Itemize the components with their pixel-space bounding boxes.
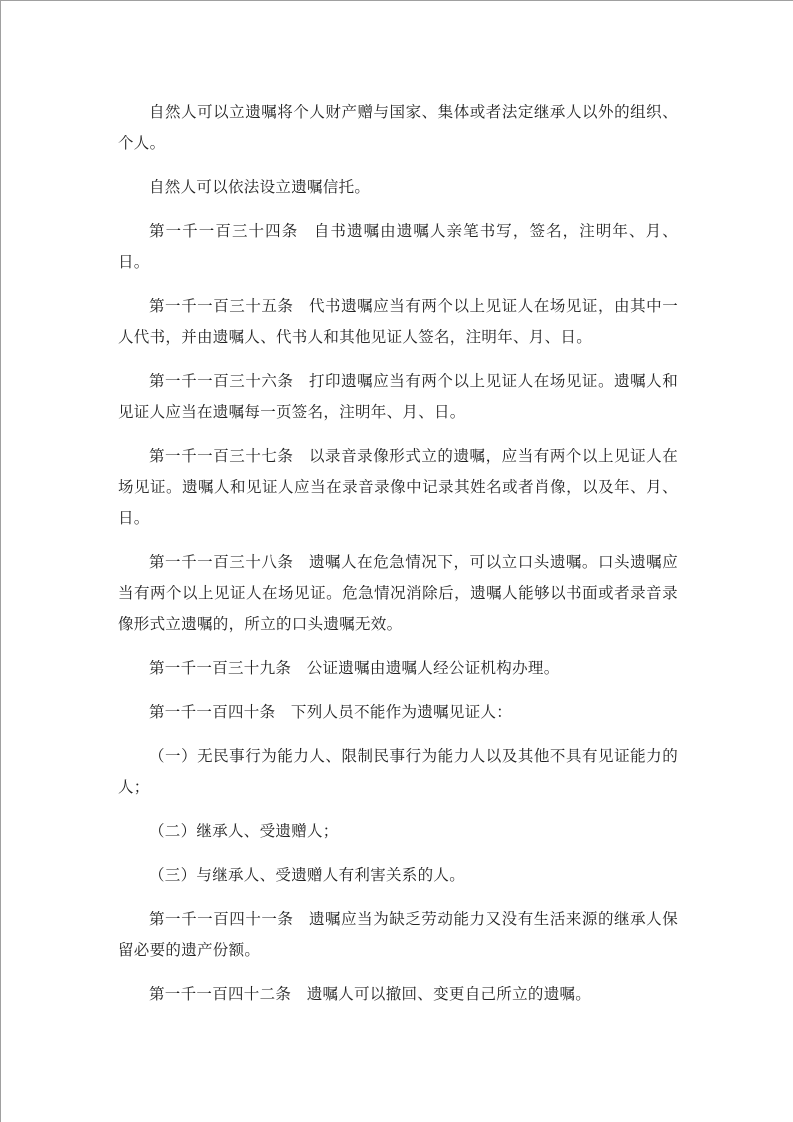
list-item-text: （三）与继承人、受遗赠人有利害关系的人。 xyxy=(149,866,465,884)
article-text: 下列人员不能作为遗嘱见证人： xyxy=(291,703,512,721)
article-number: 第一千一百三十八条 xyxy=(149,553,294,571)
paragraph: 自然人可以依法设立遗嘱信托。 xyxy=(118,172,678,203)
article-paragraph: 第一千一百三十八条遗嘱人在危急情况下，可以立口头遗嘱。口头遗嘱应当有两个以上见证… xyxy=(118,547,678,640)
list-item-text: （一）无民事行为能力人、限制民事行为能力人以及其他不具有见证能力的人； xyxy=(118,747,678,796)
article-text: 遗嘱人可以撤回、变更自己所立的遗嘱。 xyxy=(307,985,591,1003)
paragraph-text: 自然人可以依法设立遗嘱信托。 xyxy=(149,178,370,196)
article-paragraph: 第一千一百三十九条公证遗嘱由遗嘱人经公证机构办理。 xyxy=(118,653,678,684)
article-paragraph: 第一千一百四十二条遗嘱人可以撤回、变更自己所立的遗嘱。 xyxy=(118,979,678,1010)
list-item: （二）继承人、受遗赠人； xyxy=(118,816,678,847)
document-body: 自然人可以立遗嘱将个人财产赠与国家、集体或者法定继承人以外的组织、个人。 自然人… xyxy=(118,97,678,1010)
list-item: （三）与继承人、受遗赠人有利害关系的人。 xyxy=(118,860,678,891)
article-number: 第一千一百三十六条 xyxy=(149,372,294,390)
document-page: 自然人可以立遗嘱将个人财产赠与国家、集体或者法定继承人以外的组织、个人。 自然人… xyxy=(0,0,793,1122)
article-number: 第一千一百三十五条 xyxy=(149,297,294,315)
article-number: 第一千一百四十一条 xyxy=(149,910,294,928)
article-paragraph: 第一千一百三十四条自书遗嘱由遗嘱人亲笔书写，签名，注明年、月、日。 xyxy=(118,216,678,278)
article-number: 第一千一百三十九条 xyxy=(149,659,291,677)
paragraph-text: 自然人可以立遗嘱将个人财产赠与国家、集体或者法定继承人以外的组织、个人。 xyxy=(118,103,678,152)
article-text: 公证遗嘱由遗嘱人经公证机构办理。 xyxy=(307,659,560,677)
article-paragraph: 第一千一百四十一条遗嘱应当为缺乏劳动能力又没有生活来源的继承人保留必要的遗产份额… xyxy=(118,904,678,966)
article-number: 第一千一百四十二条 xyxy=(149,985,291,1003)
article-number: 第一千一百三十七条 xyxy=(149,447,294,465)
article-number: 第一千一百四十条 xyxy=(149,703,275,721)
article-paragraph: 第一千一百三十五条代书遗嘱应当有两个以上见证人在场见证，由其中一人代书，并由遗嘱… xyxy=(118,291,678,353)
article-paragraph: 第一千一百四十条下列人员不能作为遗嘱见证人： xyxy=(118,697,678,728)
list-item-text: （二）继承人、受遗赠人； xyxy=(149,822,339,840)
list-item: （一）无民事行为能力人、限制民事行为能力人以及其他不具有见证能力的人； xyxy=(118,741,678,803)
paragraph: 自然人可以立遗嘱将个人财产赠与国家、集体或者法定继承人以外的组织、个人。 xyxy=(118,97,678,159)
article-paragraph: 第一千一百三十六条打印遗嘱应当有两个以上见证人在场见证。遗嘱人和见证人应当在遗嘱… xyxy=(118,366,678,428)
article-paragraph: 第一千一百三十七条以录音录像形式立的遗嘱，应当有两个以上见证人在场见证。遗嘱人和… xyxy=(118,441,678,534)
article-number: 第一千一百三十四条 xyxy=(149,222,298,240)
